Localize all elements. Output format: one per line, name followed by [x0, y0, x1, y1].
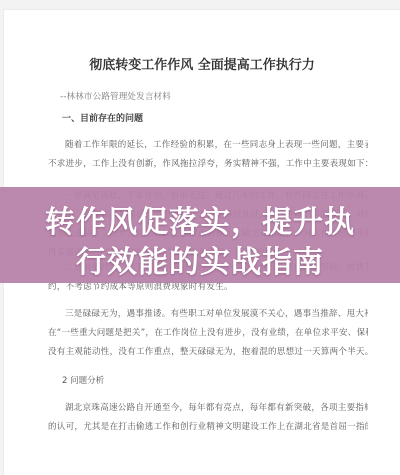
paragraph-line: 湖北京珠高速公路自开通至今，每年都有亮点，每年都有新突破，各项主要指标得到同行业… — [48, 399, 368, 418]
paragraph-line: 的认可，尤其是在打击偷逃工作和创行业精神文明建设工作上在湖北省是首屈一指的。虽然… — [48, 418, 368, 437]
paragraph-line: 三是碌碌无为，遇事推诿。有些职工对单位发展漠不关心，遇事当推辞、甩大袖了，只是 — [48, 305, 368, 324]
banner-headline-line-2: 行效能的实战指南 — [0, 243, 400, 283]
paragraph-line: 没有主观能动性，没有工作重点，整天碌碌无为，抱着混的思想过一天算两个半天。 — [48, 343, 368, 362]
paragraph-line: 不求进步，工作上没有创新，作风拖拉浮夸，务实精神不强，工作中主要表现如下： — [48, 155, 368, 174]
paragraph-line: 在“一些重大问题是把关”，在工作岗位上没有进步，没有业绩，在单位求平安、保稳定，… — [48, 324, 368, 343]
section-heading-problems: 一、目前存在的问题 — [62, 111, 143, 124]
paragraph-intro: 随着工作年限的延长，工作经验的积累，在一些同志身上表现一些问题，主要表现在学习上… — [48, 136, 368, 174]
section-heading-analysis: 2 问题分析 — [62, 374, 104, 386]
paragraph-item-3: 三是碌碌无为，遇事推诿。有些职工对单位发展漠不关心，遇事当推辞、甩大袖了，只是 … — [48, 305, 368, 362]
document-subtitle: --林林市公路管理处发言材料 — [60, 90, 171, 102]
document-title: 彻底转变工作作风 全面提高工作执行力 — [4, 54, 400, 73]
viewport: 彻底转变工作作风 全面提高工作执行力 --林林市公路管理处发言材料 一、目前存在… — [0, 0, 400, 475]
banner-headline: 转作风促落实，提升执 行效能的实战指南 — [0, 203, 400, 283]
paragraph-analysis: 湖北京珠高速公路自开通至今，每年都有亮点，每年都有新突破，各项主要指标得到同行业… — [48, 399, 368, 437]
paragraph-line: 随着工作年限的延长，工作经验的积累，在一些同志身上表现一些问题，主要表现在学习上 — [48, 136, 368, 155]
banner-headline-line-1: 转作风促落实，提升执 — [0, 203, 400, 243]
